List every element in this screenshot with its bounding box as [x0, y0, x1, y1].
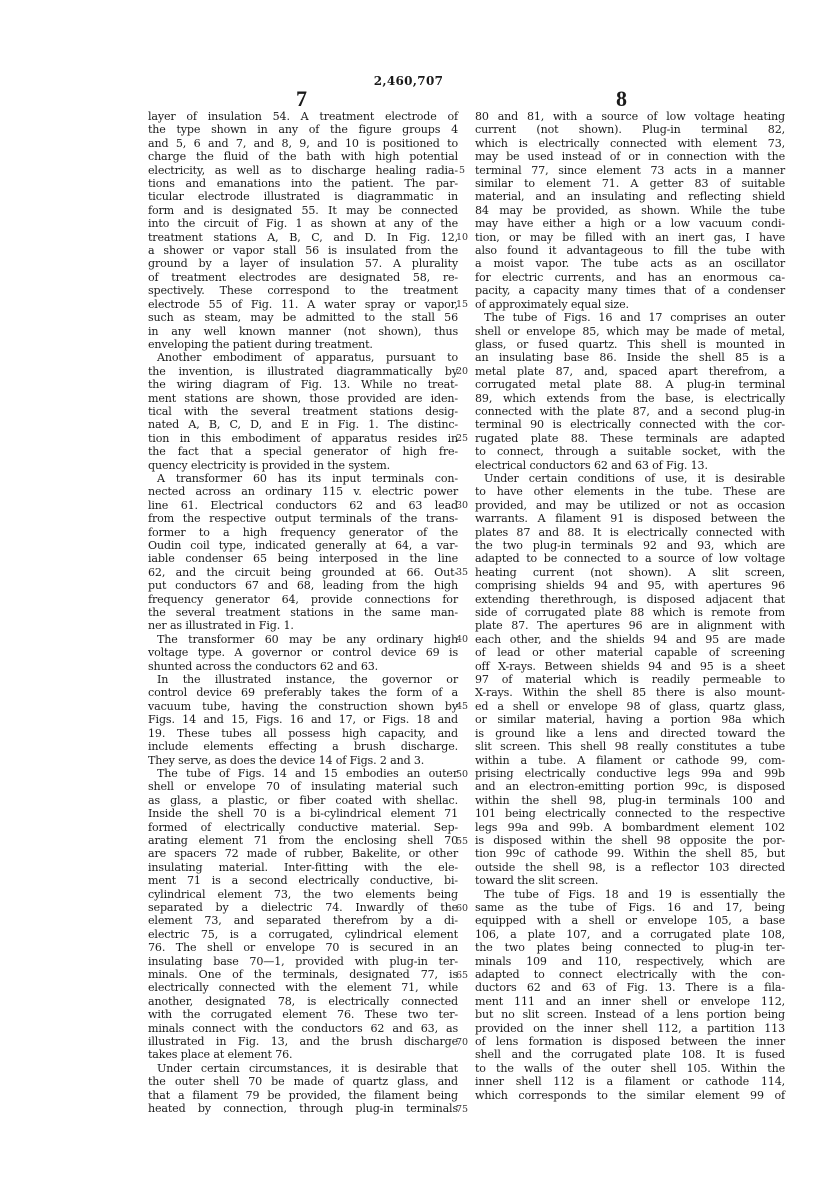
text-line: arating element 71 from the enclosing sh…: [148, 834, 458, 847]
text-line: electrode 55 of Fig. 11. A water spray o…: [148, 298, 458, 311]
line-number: 30: [452, 500, 472, 511]
text-line: layer of insulation 54. A treatment elec…: [148, 110, 458, 123]
text-line: insulating base 70—1, provided with plug…: [148, 955, 458, 968]
text-line: include elements effecting a brush disch…: [148, 740, 458, 753]
text-line: control device 69 preferably takes the f…: [148, 686, 458, 699]
text-line: quency electricity is provided in the sy…: [148, 459, 458, 472]
text-line: in any well known manner (not shown), th…: [148, 325, 458, 338]
line-number: 75: [452, 1104, 472, 1115]
text-line: terminal 90 is electrically connected wi…: [475, 418, 785, 431]
line-number: 45: [452, 701, 472, 712]
text-line: ticular electrode illustrated is diagram…: [148, 190, 458, 203]
text-line: former to a high frequency generator of …: [148, 526, 458, 539]
text-line: similar to element 71. A getter 83 of su…: [475, 177, 785, 190]
text-line: comprising shields 94 and 95, with apert…: [475, 579, 785, 592]
text-line: with the corrugated element 76. These tw…: [148, 1008, 458, 1021]
text-line: They serve, as does the device 14 of Fig…: [148, 754, 458, 767]
text-line: insulating material. Inter-fitting with …: [148, 861, 458, 874]
text-line: minals 109 and 110, respectively, which …: [475, 955, 785, 968]
text-line: inner shell 112 is a filament or cathode…: [475, 1075, 785, 1088]
text-line: 101 being electrically connected to the …: [475, 807, 785, 820]
text-line: such as steam, may be admitted to the st…: [148, 311, 458, 324]
text-line: warrants. A filament 91 is disposed betw…: [475, 512, 785, 525]
text-line: minals connect with the conductors 62 an…: [148, 1022, 458, 1035]
text-line: Under certain circumstances, it is desir…: [148, 1062, 458, 1075]
text-line: tion, or may be filled with an inert gas…: [475, 231, 785, 244]
text-line: legs 99a and 99b. A bombardment element …: [475, 821, 785, 834]
text-line: of lens formation is disposed between th…: [475, 1035, 785, 1048]
text-line: The tube of Figs. 16 and 17 comprises an…: [475, 311, 785, 324]
text-line: a shower or vapor stall 56 is insulated …: [148, 244, 458, 257]
text-line: enveloping the patient during treatment.: [148, 338, 458, 351]
text-line: metal plate 87, and, spaced apart theref…: [475, 365, 785, 378]
text-line: electrically connected with the element …: [148, 981, 458, 994]
text-line: The transformer 60 may be any ordinary h…: [148, 633, 458, 646]
text-line: ed a shell or envelope 98 of glass, quar…: [475, 700, 785, 713]
text-line: corrugated metal plate 88. A plug-in ter…: [475, 378, 785, 391]
text-line: the several treatment stations in the sa…: [148, 606, 458, 619]
text-line: Another embodiment of apparatus, pursuan…: [148, 351, 458, 364]
text-line: current (not shown). Plug-in terminal 82…: [475, 123, 785, 136]
text-line: spectively. These correspond to the trea…: [148, 284, 458, 297]
text-line: voltage type. A governor or control devi…: [148, 646, 458, 659]
text-line: connected with the plate 87, and a secon…: [475, 405, 785, 418]
text-line: to the walls of the outer shell 105. Wit…: [475, 1062, 785, 1075]
text-line: but no slit screen. Instead of a lens po…: [475, 1008, 785, 1021]
text-line: the fact that a special generator of hig…: [148, 445, 458, 458]
text-line: slit screen. This shell 98 really consti…: [475, 740, 785, 753]
line-number: 35: [452, 567, 472, 578]
text-line: 62, and the circuit being grounded at 66…: [148, 566, 458, 579]
text-line: ner as illustrated in Fig. 1.: [148, 619, 458, 632]
text-line: iable condenser 65 being interposed in t…: [148, 552, 458, 565]
text-line: and an electron-emitting portion 99c, is…: [475, 780, 785, 793]
text-line: which is electrically connected with ele…: [475, 137, 785, 150]
text-line: as glass, a plastic, or fiber coated wit…: [148, 794, 458, 807]
text-line: the outer shell 70 be made of quartz gla…: [148, 1075, 458, 1088]
line-number: 5: [452, 165, 472, 176]
text-line: The tube of Figs. 14 and 15 embodies an …: [148, 767, 458, 780]
text-line: ment 111 and an inner shell or envelope …: [475, 995, 785, 1008]
text-line: put conductors 67 and 68, leading from t…: [148, 579, 458, 592]
text-line: may be used instead of or in connection …: [475, 150, 785, 163]
text-line: ground by a layer of insulation 57. A pl…: [148, 257, 458, 270]
text-line: another, designated 78, is electrically …: [148, 995, 458, 1008]
text-line: nated A, B, C, D, and E in Fig. 1. The d…: [148, 418, 458, 431]
text-line: prising electrically conductive legs 99a…: [475, 767, 785, 780]
text-line: ment stations are shown, those provided …: [148, 392, 458, 405]
text-line: tion in this embodiment of apparatus res…: [148, 432, 458, 445]
text-line: also found it advantageous to fill the t…: [475, 244, 785, 257]
text-line: extending therethrough, is disposed adja…: [475, 593, 785, 606]
text-line: that a filament 79 be provided, the fila…: [148, 1089, 458, 1102]
line-number: 25: [452, 433, 472, 444]
text-line: into the circuit of Fig. 1 as shown at a…: [148, 217, 458, 230]
line-number: 50: [452, 769, 472, 780]
text-line: the invention, is illustrated diagrammat…: [148, 365, 458, 378]
text-line: adapted to connect electrically with the…: [475, 968, 785, 981]
text-line: of treatment electrodes are designated 5…: [148, 271, 458, 284]
text-line: off X-rays. Between shields 94 and 95 is…: [475, 660, 785, 673]
left-text-column: layer of insulation 54. A treatment elec…: [148, 110, 458, 1115]
text-line: vacuum tube, having the construction sho…: [148, 700, 458, 713]
text-line: for electric currents, and has an enormo…: [475, 271, 785, 284]
text-line: 106, a plate 107, and a corrugated plate…: [475, 928, 785, 941]
text-line: Figs. 14 and 15, Figs. 16 and 17, or Fig…: [148, 713, 458, 726]
text-line: 80 and 81, with a source of low voltage …: [475, 110, 785, 123]
text-line: treatment stations A, B, C, and D. In Fi…: [148, 231, 458, 244]
text-line: electricity, as well as to discharge hea…: [148, 164, 458, 177]
text-line: form and is designated 55. It may be con…: [148, 204, 458, 217]
text-line: from the respective output terminals of …: [148, 512, 458, 525]
text-line: The tube of Figs. 18 and 19 is essential…: [475, 888, 785, 901]
text-line: provided, and may be utilized or not as …: [475, 499, 785, 512]
text-line: within a tube. A filament or cathode 99,…: [475, 754, 785, 767]
text-line: glass, or fused quartz. This shell is mo…: [475, 338, 785, 351]
text-line: cylindrical element 73, the two elements…: [148, 888, 458, 901]
patent-number: 2,460,707: [0, 74, 817, 88]
text-line: of lead or other material capable of scr…: [475, 646, 785, 659]
text-line: separated by a dielectric 74. Inwardly o…: [148, 901, 458, 914]
text-line: ment 71 is a second electrically conduct…: [148, 874, 458, 887]
line-number: 60: [452, 903, 472, 914]
text-line: a moist vapor. The tube acts as an oscil…: [475, 257, 785, 270]
right-text-column: 80 and 81, with a source of low voltage …: [475, 110, 785, 1102]
text-line: nected across an ordinary 115 v. electri…: [148, 485, 458, 498]
text-line: 89, which extends from the base, is elec…: [475, 392, 785, 405]
text-line: is disposed within the shell 98 opposite…: [475, 834, 785, 847]
text-line: to connect, through a suitable socket, w…: [475, 445, 785, 458]
text-line: to have other elements in the tube. Thes…: [475, 485, 785, 498]
right-column-number: 8: [616, 86, 627, 112]
text-line: an insulating base 86. Inside the shell …: [475, 351, 785, 364]
text-line: frequency generator 64, provide connecti…: [148, 593, 458, 606]
text-line: takes place at element 76.: [148, 1048, 458, 1061]
text-line: Oudin coil type, indicated generally at …: [148, 539, 458, 552]
text-line: which corresponds to the similar element…: [475, 1089, 785, 1102]
line-number: 20: [452, 366, 472, 377]
line-number: 65: [452, 970, 472, 981]
text-line: shell or envelope 85, which may be made …: [475, 325, 785, 338]
text-line: line 61. Electrical conductors 62 and 63…: [148, 499, 458, 512]
line-number: 55: [452, 836, 472, 847]
text-line: heated by connection, through plug-in te…: [148, 1102, 458, 1115]
text-line: is ground like a lens and directed towar…: [475, 727, 785, 740]
text-line: terminal 77, since element 73 acts in a …: [475, 164, 785, 177]
text-line: outside the shell 98, is a reflector 103…: [475, 861, 785, 874]
text-line: the two plates being connected to plug-i…: [475, 941, 785, 954]
text-line: heating current (not shown). A slit scre…: [475, 566, 785, 579]
line-number: 40: [452, 634, 472, 645]
left-column-number: 7: [296, 86, 307, 112]
text-line: tions and emanations into the patient. T…: [148, 177, 458, 190]
text-line: 97 of material which is readily permeabl…: [475, 673, 785, 686]
text-line: charge the fluid of the bath with high p…: [148, 150, 458, 163]
text-line: shunted across the conductors 62 and 63.: [148, 660, 458, 673]
text-line: shell and the corrugated plate 108. It i…: [475, 1048, 785, 1061]
text-line: within the shell 98, plug-in terminals 1…: [475, 794, 785, 807]
text-line: In the illustrated instance, the governo…: [148, 673, 458, 686]
text-line: rugated plate 88. These terminals are ad…: [475, 432, 785, 445]
text-line: Inside the shell 70 is a bi-cylindrical …: [148, 807, 458, 820]
line-number: 10: [452, 232, 472, 243]
text-line: the type shown in any of the figure grou…: [148, 123, 458, 136]
text-line: 76. The shell or envelope 70 is secured …: [148, 941, 458, 954]
text-line: 19. These tubes all possess high capacit…: [148, 727, 458, 740]
text-line: ductors 62 and 63 of Fig. 13. There is a…: [475, 981, 785, 994]
text-line: adapted to be connected to a source of l…: [475, 552, 785, 565]
text-line: illustrated in Fig. 13, and the brush di…: [148, 1035, 458, 1048]
line-number: 15: [452, 299, 472, 310]
line-number: 70: [452, 1037, 472, 1048]
text-line: provided on the inner shell 112, a parti…: [475, 1022, 785, 1035]
text-line: Under certain conditions of use, it is d…: [475, 472, 785, 485]
text-line: formed of electrically conductive materi…: [148, 821, 458, 834]
text-line: element 73, and separated therefrom by a…: [148, 914, 458, 927]
text-line: X-rays. Within the shell 85 there is als…: [475, 686, 785, 699]
text-line: electrical conductors 62 and 63 of Fig. …: [475, 459, 785, 472]
text-line: each other, and the shields 94 and 95 ar…: [475, 633, 785, 646]
text-line: plates 87 and 88. It is electrically con…: [475, 526, 785, 539]
text-line: minals. One of the terminals, designated…: [148, 968, 458, 981]
text-line: the wiring diagram of Fig. 13. While no …: [148, 378, 458, 391]
text-line: of approximately equal size.: [475, 298, 785, 311]
text-line: equipped with a shell or envelope 105, a…: [475, 914, 785, 927]
text-line: tion 99c of cathode 99. Within the shell…: [475, 847, 785, 860]
text-line: same as the tube of Figs. 16 and 17, bei…: [475, 901, 785, 914]
text-line: toward the slit screen.: [475, 874, 785, 887]
text-line: A transformer 60 has its input terminals…: [148, 472, 458, 485]
text-line: are spacers 72 made of rubber, Bakelite,…: [148, 847, 458, 860]
text-line: tical with the several treatment station…: [148, 405, 458, 418]
text-line: material, and an insulating and reflecti…: [475, 190, 785, 203]
text-line: may have either a high or a low vacuum c…: [475, 217, 785, 230]
text-line: shell or envelope 70 of insulating mater…: [148, 780, 458, 793]
text-line: electric 75, is a corrugated, cylindrica…: [148, 928, 458, 941]
text-line: plate 87. The apertures 96 are in alignm…: [475, 619, 785, 632]
text-line: or similar material, having a portion 98…: [475, 713, 785, 726]
text-line: and 5, 6 and 7, and 8, 9, and 10 is posi…: [148, 137, 458, 150]
text-line: side of corrugated plate 88 which is rem…: [475, 606, 785, 619]
text-line: the two plug-in terminals 92 and 93, whi…: [475, 539, 785, 552]
text-line: 84 may be provided, as shown. While the …: [475, 204, 785, 217]
text-line: pacity, a capacity many times that of a …: [475, 284, 785, 297]
